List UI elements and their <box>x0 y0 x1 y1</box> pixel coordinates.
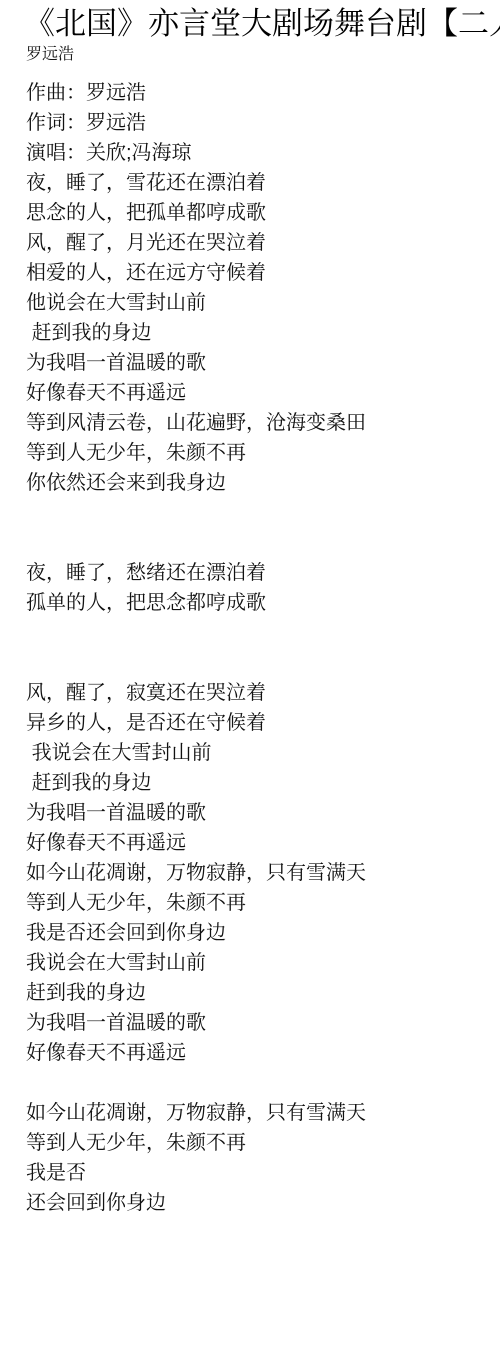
lyric-line: 我说会在大雪封山前 <box>26 948 500 978</box>
artist-name: 罗远浩 <box>0 44 500 66</box>
credit-line: 作词：罗远浩 <box>26 108 500 138</box>
lyric-line: 孤单的人，把思念都哼成歌 <box>26 588 500 618</box>
lyric-line: 等到人无少年，朱颜不再 <box>26 1128 500 1158</box>
lyric-line: 夜，睡了，愁绪还在漂泊着 <box>26 558 500 588</box>
lyric-line: 你依然还会来到我身边 <box>26 468 500 498</box>
lyric-line: 赶到我的身边 <box>26 318 500 348</box>
lyric-line: 我是否 <box>26 1158 500 1188</box>
lyric-line: 思念的人，把孤单都哼成歌 <box>26 198 500 228</box>
lyric-line: 赶到我的身边 <box>26 978 500 1008</box>
lyric-line <box>26 648 500 678</box>
lyric-line: 等到人无少年，朱颜不再 <box>26 438 500 468</box>
lyric-line: 还会回到你身边 <box>26 1188 500 1218</box>
lyric-line: 为我唱一首温暖的歌 <box>26 798 500 828</box>
lyric-line: 风，醒了，月光还在哭泣着 <box>26 228 500 258</box>
lyric-line <box>26 1068 500 1098</box>
lyrics-page: 《北国》亦言堂大剧场舞台剧【二人 罗远浩 作曲：罗远浩作词：罗远浩演唱：关欣;冯… <box>0 0 500 1360</box>
lyric-line: 风，醒了，寂寞还在哭泣着 <box>26 678 500 708</box>
lyric-line: 夜，睡了，雪花还在漂泊着 <box>26 168 500 198</box>
credits-section: 作曲：罗远浩作词：罗远浩演唱：关欣;冯海琼 <box>26 78 500 168</box>
credit-line: 演唱：关欣;冯海琼 <box>26 138 500 168</box>
lyric-line: 赶到我的身边 <box>26 768 500 798</box>
lyric-line <box>26 528 500 558</box>
lyric-line: 相爱的人，还在远方守候着 <box>26 258 500 288</box>
credit-line: 作曲：罗远浩 <box>26 78 500 108</box>
lyric-line: 如今山花凋谢，万物寂静，只有雪满天 <box>26 1098 500 1128</box>
lyrics-body: 作曲：罗远浩作词：罗远浩演唱：关欣;冯海琼 夜，睡了，雪花还在漂泊着思念的人，把… <box>0 78 500 1218</box>
lyric-line <box>26 498 500 528</box>
lyric-line: 为我唱一首温暖的歌 <box>26 1008 500 1038</box>
page-title: 《北国》亦言堂大剧场舞台剧【二人 <box>0 0 500 42</box>
lyric-line: 好像春天不再遥远 <box>26 1038 500 1068</box>
lyric-line: 好像春天不再遥远 <box>26 828 500 858</box>
lyric-line: 为我唱一首温暖的歌 <box>26 348 500 378</box>
lyric-line <box>26 618 500 648</box>
lyric-line: 如今山花凋谢，万物寂静，只有雪满天 <box>26 858 500 888</box>
lyric-line: 等到风清云卷，山花遍野，沧海变桑田 <box>26 408 500 438</box>
lyrics-section: 夜，睡了，雪花还在漂泊着思念的人，把孤单都哼成歌风，醒了，月光还在哭泣着相爱的人… <box>26 168 500 1218</box>
lyric-line: 他说会在大雪封山前 <box>26 288 500 318</box>
lyric-line: 我是否还会回到你身边 <box>26 918 500 948</box>
lyric-line: 好像春天不再遥远 <box>26 378 500 408</box>
lyric-line: 异乡的人，是否还在守候着 <box>26 708 500 738</box>
lyric-line: 我说会在大雪封山前 <box>26 738 500 768</box>
lyric-line: 等到人无少年，朱颜不再 <box>26 888 500 918</box>
